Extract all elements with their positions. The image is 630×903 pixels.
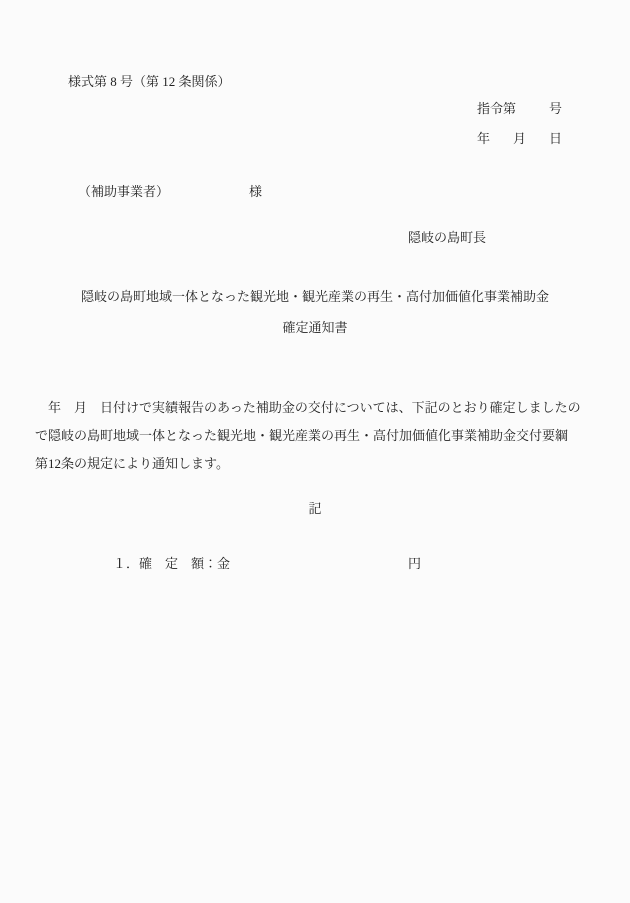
doc-title-line-1: 隠岐の島町地域一体となった観光地・観光産業の再生・高付加価値化事業補助金 xyxy=(0,290,630,303)
issuer-name: 隠岐の島町長 xyxy=(408,231,486,244)
body-line: で隠岐の島町地域一体となった観光地・観光産業の再生・高付加価値化事業補助金交付要… xyxy=(35,422,597,450)
form-number: 様式第 8 号（第 12 条関係） xyxy=(68,75,231,88)
addressee-line: （補助事業者） 様 xyxy=(78,185,378,198)
body-line: 第12条の規定により通知します。 xyxy=(35,450,597,478)
body-line: 年 月 日付けで実績報告のあった補助金の交付については、下記のとおり確定しました… xyxy=(35,394,597,422)
document-page: 様式第 8 号（第 12 条関係） 指令第 号 年 月 日 （補助事業者） 様 … xyxy=(0,0,630,903)
date-day-label: 日 xyxy=(549,132,562,145)
addressee-honorific: 様 xyxy=(249,185,262,198)
date-year-label: 年 xyxy=(477,132,490,145)
directive-label: 指令第 xyxy=(477,102,516,115)
date-line: 年 月 日 xyxy=(477,132,562,145)
directive-suffix: 号 xyxy=(549,102,562,115)
directive-number-line: 指令第 号 xyxy=(477,102,562,115)
body-paragraph: 年 月 日付けで実績報告のあった補助金の交付については、下記のとおり確定しました… xyxy=(35,394,597,478)
item-amount-unit: 円 xyxy=(408,557,421,570)
date-month-label: 月 xyxy=(513,132,526,145)
record-marker: 記 xyxy=(0,502,630,515)
addressee-label: （補助事業者） xyxy=(78,184,169,199)
item-amount-label: １．確 定 額：金 xyxy=(113,557,230,570)
doc-title-line-2: 確定通知書 xyxy=(0,321,630,334)
